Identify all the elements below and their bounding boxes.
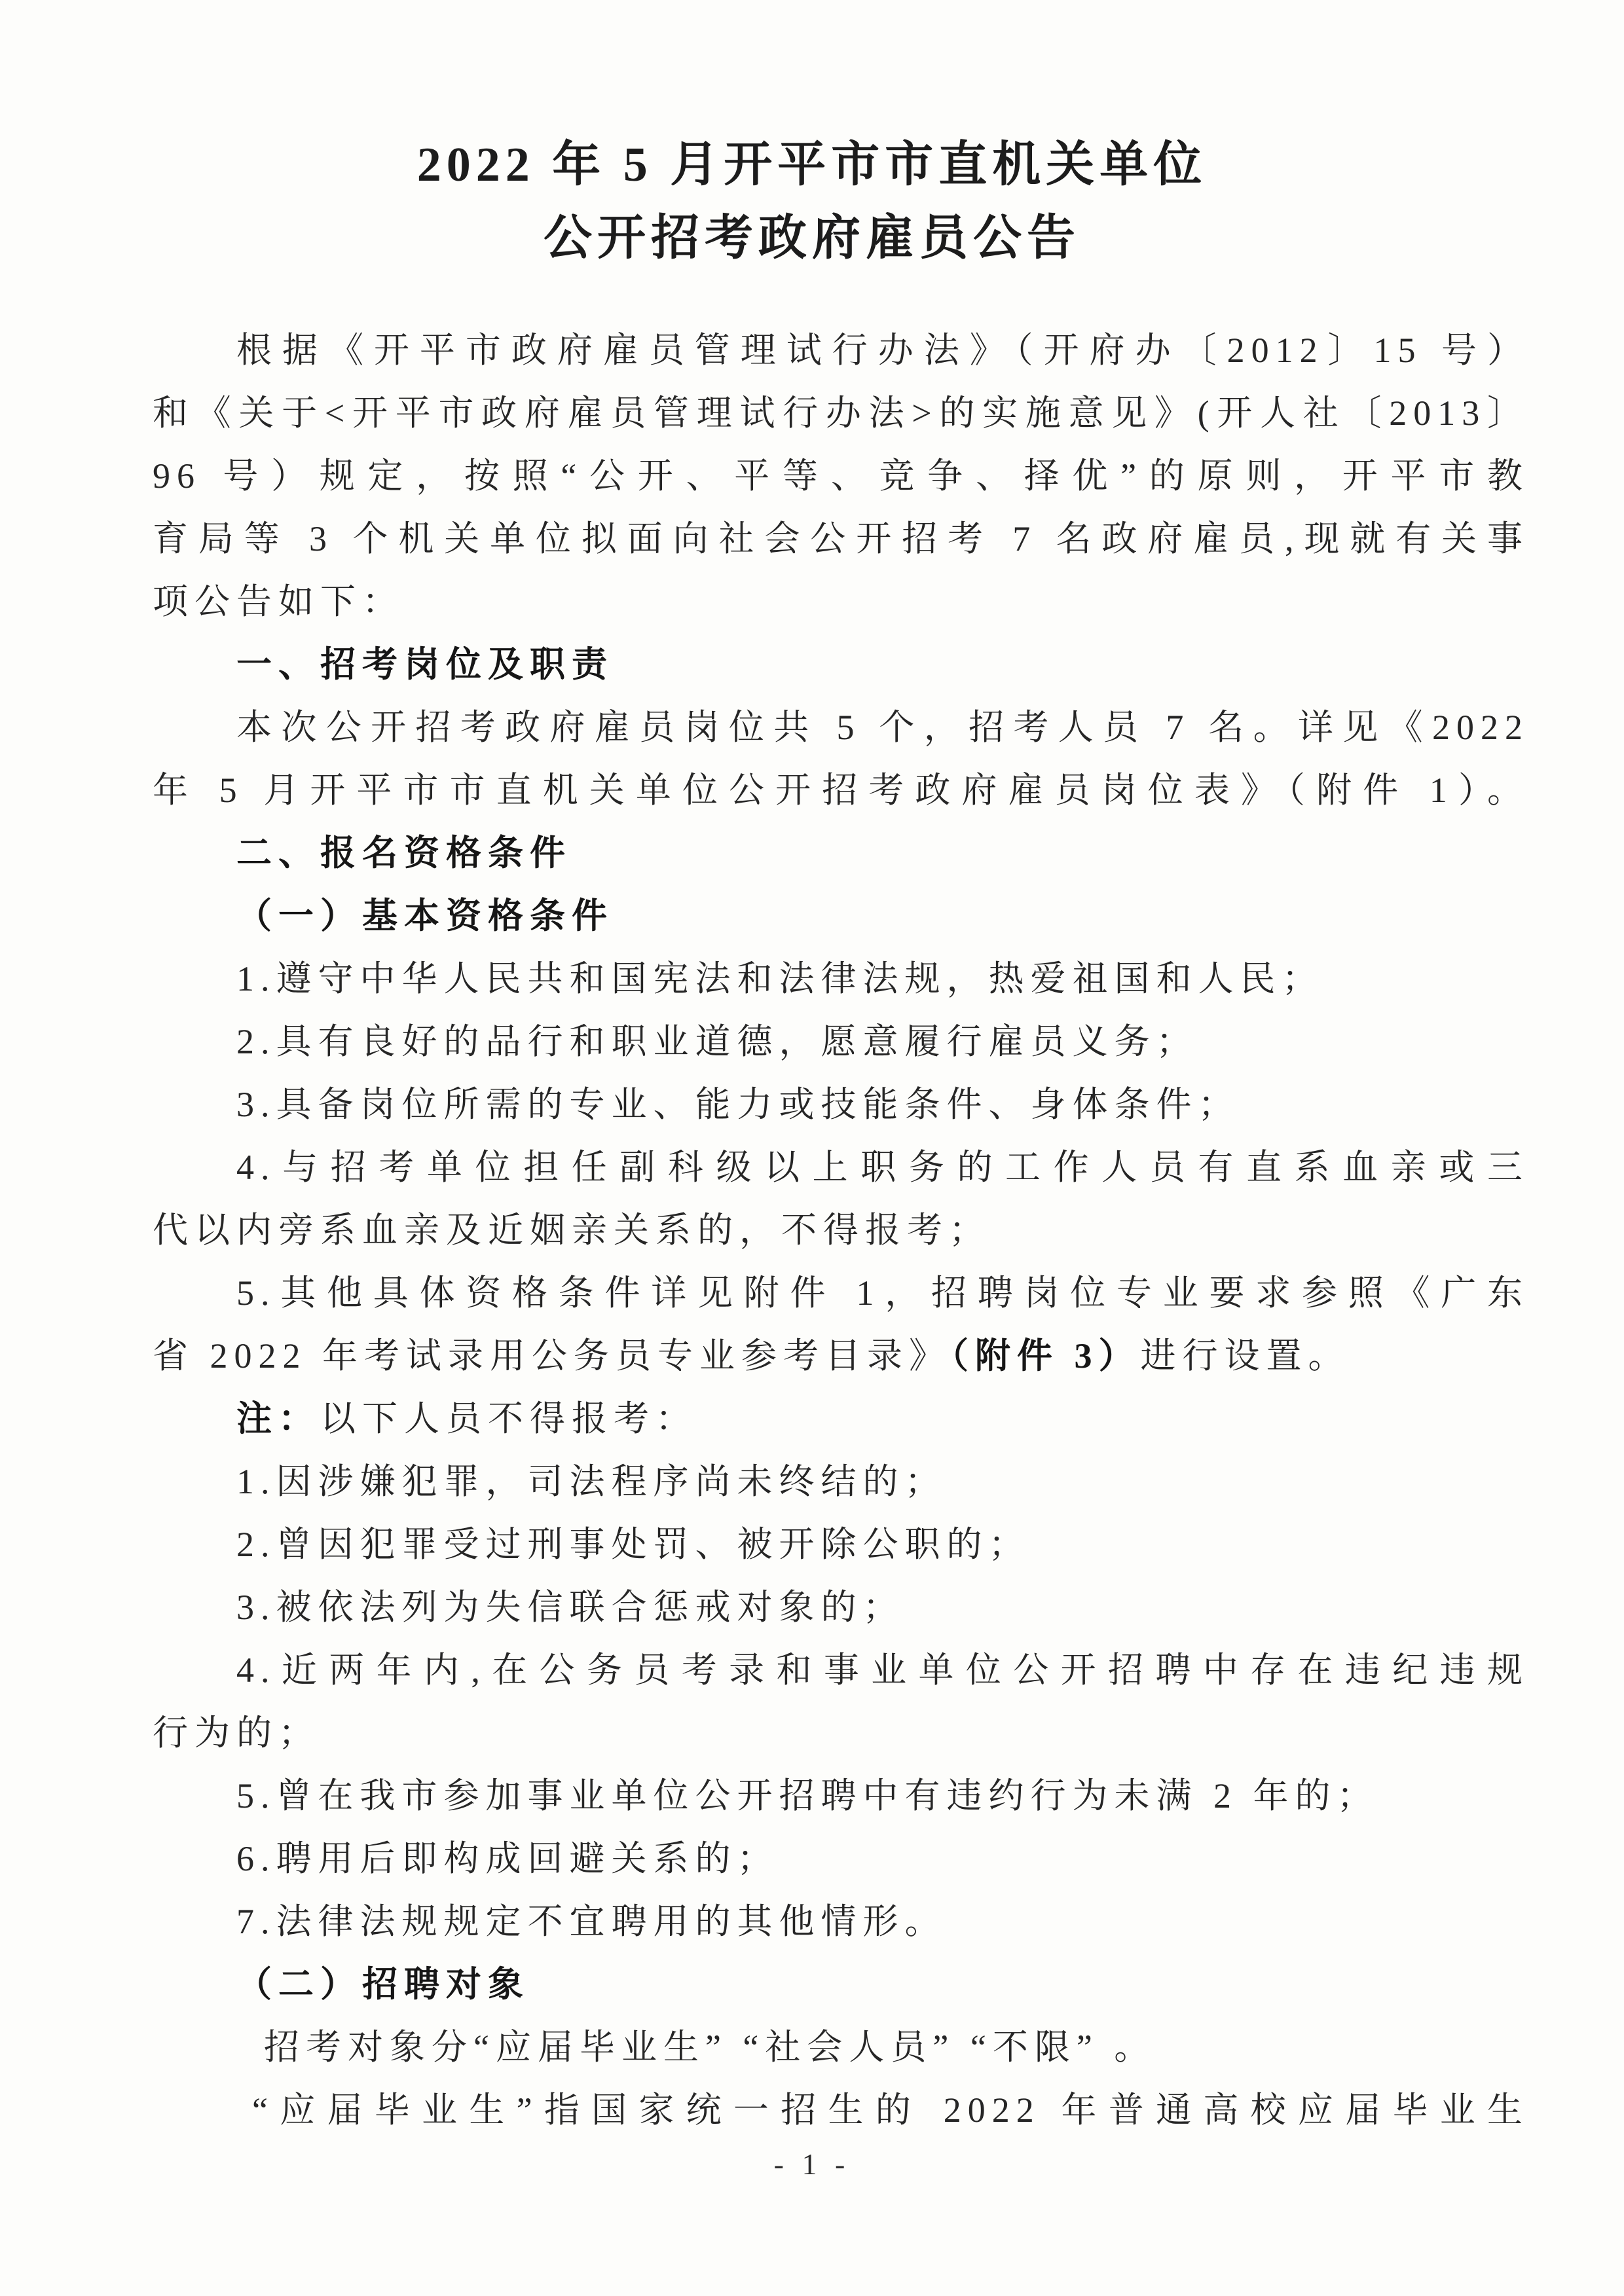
text-line: 代以内旁系血亲及近姻亲关系的，不得报考；	[153, 1199, 1529, 1262]
text-line: 年 5 月开平市市直机关单位公开招考政府雇员岗位表》（附件 1）。	[153, 759, 1529, 822]
text-line: 6.聘用后即构成回避关系的；	[153, 1827, 1529, 1890]
scanned-document-page: 2022 年 5 月开平市市直机关单位 公开招考政府雇员公告 根据《开平市政府雇…	[0, 0, 1624, 2296]
text-line: 4.近两年内,在公务员考录和事业单位公开招聘中存在违纪违规	[153, 1639, 1529, 1702]
text-segment: 2.曾因犯罪受过刑事处罚、被开除公职的；	[236, 1525, 1031, 1564]
text-segment: 代以内旁系血亲及近姻亲关系的，不得报考；	[153, 1211, 991, 1250]
text-segment: 育局等 3 个机关单位拟面向社会公开招考 7 名政府雇员,现就有关事	[153, 519, 1529, 558]
text-segment-bold: （二）招聘对象	[236, 1965, 530, 2004]
document-title-line-2: 公开招考政府雇员公告	[0, 202, 1624, 275]
text-line: 5.其他具体资格条件详见附件 1，招聘岗位专业要求参照《广东	[153, 1262, 1529, 1324]
text-line: 1.因涉嫌犯罪，司法程序尚未终结的；	[153, 1450, 1529, 1513]
text-segment-bold: （附件 3）	[951, 1336, 1141, 1376]
text-segment: 根据《开平市政府雇员管理试行办法》（开府办〔2012〕15 号）	[236, 331, 1529, 370]
text-segment: 和《关于<开平市政府雇员管理试行办法>的实施意见》(开人社〔2013〕	[153, 393, 1529, 433]
text-segment: 5.其他具体资格条件详见附件 1，招聘岗位专业要求参照《广东	[236, 1273, 1529, 1313]
text-segment-bold: 一、招考岗位及职责	[236, 645, 614, 684]
text-segment: 3.被依法列为失信联合惩戒对象的；	[236, 1588, 905, 1627]
text-segment: 5.曾在我市参加事业单位公开招聘中有违约行为未满 2 年的；	[236, 1776, 1379, 1815]
text-segment: 6.聘用后即构成回避关系的；	[236, 1839, 779, 1878]
text-segment: 3.具备岗位所需的专业、能力或技能条件、身体条件；	[236, 1085, 1240, 1124]
text-segment: 2.具有良好的品行和职业道德，愿意履行雇员义务；	[236, 1022, 1198, 1061]
text-segment-bold: 注：	[236, 1399, 320, 1438]
text-line: 2.曾因犯罪受过刑事处罚、被开除公职的；	[153, 1513, 1529, 1576]
text-line: （二）招聘对象	[153, 1953, 1529, 2016]
document-title: 2022 年 5 月开平市市直机关单位 公开招考政府雇员公告	[0, 128, 1624, 275]
document-body: 根据《开平市政府雇员管理试行办法》（开府办〔2012〕15 号）和《关于<开平市…	[153, 319, 1529, 2141]
document-title-line-1: 2022 年 5 月开平市市直机关单位	[0, 128, 1624, 202]
text-segment: 96 号）规定，按照“公开、平等、竞争、择优”的原则，开平市教	[153, 456, 1529, 496]
text-segment: 本次公开招考政府雇员岗位共 5 个，招考人员 7 名。详见《2022	[236, 708, 1529, 747]
text-segment: 7.法律法规规定不宜聘用的其他情形。	[236, 1902, 947, 1941]
text-line: 育局等 3 个机关单位拟面向社会公开招考 7 名政府雇员,现就有关事	[153, 507, 1529, 570]
text-segment-bold: 二、报名资格条件	[236, 833, 572, 873]
text-segment: 进行设置。	[1141, 1336, 1350, 1376]
text-segment: 招考对象分“应届毕业生” “社会人员” “不限” 。	[264, 2028, 1156, 2067]
text-line: 和《关于<开平市政府雇员管理试行办法>的实施意见》(开人社〔2013〕	[153, 382, 1529, 445]
text-line: 省 2022 年考试录用公务员专业参考目录》（附件 3）进行设置。	[153, 1324, 1529, 1387]
text-segment: 项公告如下：	[153, 582, 404, 621]
text-line: 3.被依法列为失信联合惩戒对象的；	[153, 1576, 1529, 1639]
text-line: 行为的；	[153, 1702, 1529, 1764]
text-line: 96 号）规定，按照“公开、平等、竞争、择优”的原则，开平市教	[153, 445, 1529, 507]
text-line: 7.法律法规规定不宜聘用的其他情形。	[153, 1890, 1529, 1953]
text-line: 招考对象分“应届毕业生” “社会人员” “不限” 。	[153, 2016, 1529, 2079]
text-line: 5.曾在我市参加事业单位公开招聘中有违约行为未满 2 年的；	[153, 1764, 1529, 1827]
text-segment-bold: （一）基本资格条件	[236, 896, 614, 936]
text-line: 本次公开招考政府雇员岗位共 5 个，招考人员 7 名。详见《2022	[153, 696, 1529, 759]
page-number: - 1 -	[0, 2148, 1624, 2181]
text-segment: 省 2022 年考试录用公务员专业参考目录》	[153, 1336, 951, 1376]
text-segment: 以下人员不得报考：	[320, 1399, 697, 1438]
text-line: 2.具有良好的品行和职业道德，愿意履行雇员义务；	[153, 1010, 1529, 1073]
text-segment: 4.近两年内,在公务员考录和事业单位公开招聘中存在违纪违规	[236, 1650, 1529, 1690]
text-segment: 1.遵守中华人民共和国宪法和法律法规，热爱祖国和人民；	[236, 959, 1324, 998]
text-segment: 年 5 月开平市市直机关单位公开招考政府雇员岗位表》（附件 1）。	[153, 771, 1529, 810]
text-segment: 4.与招考单位担任副科级以上职务的工作人员有直系血亲或三	[236, 1148, 1529, 1187]
text-line: 项公告如下：	[153, 570, 1529, 633]
text-line: （一）基本资格条件	[153, 884, 1529, 947]
text-line: 根据《开平市政府雇员管理试行办法》（开府办〔2012〕15 号）	[153, 319, 1529, 382]
text-line: “应届毕业生”指国家统一招生的 2022 年普通高校应届毕业生	[153, 2079, 1529, 2141]
text-line: 一、招考岗位及职责	[153, 633, 1529, 696]
text-segment: 1.因涉嫌犯罪，司法程序尚未终结的；	[236, 1462, 947, 1501]
text-line: 4.与招考单位担任副科级以上职务的工作人员有直系血亲或三	[153, 1136, 1529, 1199]
text-line: 3.具备岗位所需的专业、能力或技能条件、身体条件；	[153, 1073, 1529, 1136]
text-line: 注：以下人员不得报考：	[153, 1387, 1529, 1450]
text-segment: “应届毕业生”指国家统一招生的 2022 年普通高校应届毕业生	[252, 2090, 1529, 2130]
text-line: 二、报名资格条件	[153, 822, 1529, 884]
text-segment: 行为的；	[153, 1713, 320, 1753]
text-line: 1.遵守中华人民共和国宪法和法律法规，热爱祖国和人民；	[153, 947, 1529, 1010]
